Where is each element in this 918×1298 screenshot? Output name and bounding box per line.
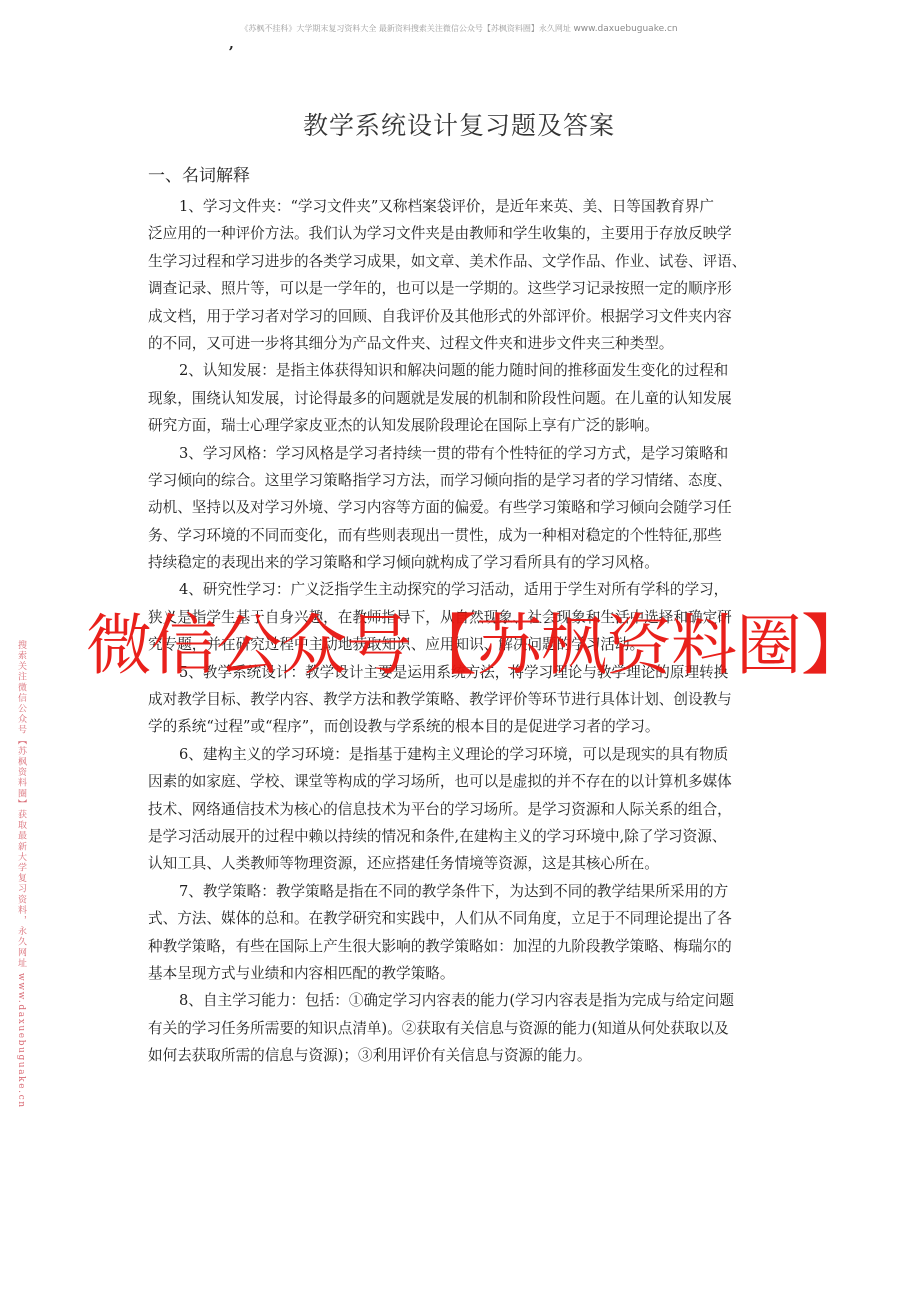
definition-paragraph: 1、学习文件夹：“学习文件夹”又称档案袋评价，是近年来英、美、日等国教育界广泛应… [148, 193, 778, 357]
paragraph-line: 生学习过程和学习进步的各类学习成果，如文章、美术作品、文学作品、作业、试卷、评语… [148, 248, 778, 275]
section-heading: 一、名词解释 [148, 161, 250, 186]
definition-paragraph: 5、教学系统设计：教学设计主要是运用系统方法，将学习理论与教学理论的原理转换成对… [148, 659, 778, 741]
document-title: 教学系统设计复习题及答案 [0, 106, 918, 142]
paragraph-line: 种教学策略，有些在国际上产生很大影响的教学策略如：加涅的九阶段教学策略、梅瑞尔的 [148, 933, 778, 960]
paragraph-line: 的不同，又可进一步将其细分为产品文件夹、过程文件夹和进步文件夹三种类型。 [148, 330, 778, 357]
definition-paragraph: 6、建构主义的学习环境：是指基于建构主义理论的学习环境，可以是现实的具有物质因素… [148, 741, 778, 878]
paragraph-first-line: 7、教学策略：教学策略是指在不同的教学条件下，为达到不同的教学结果所采用的方 [148, 878, 778, 905]
paragraph-first-line: 5、教学系统设计：教学设计主要是运用系统方法，将学习理论与教学理论的原理转换 [148, 659, 778, 686]
paragraph-line: 学习倾向的综合。这里学习策略指学习方法，而学习倾向指的是学习者的学习情绪、态度、 [148, 467, 778, 494]
paragraph-first-line: 4、研究性学习：广义泛指学生主动探究的学习活动，适用于学生对所有学科的学习， [148, 576, 778, 603]
paragraph-line: 究专题，并在研究过程中主动地获取知识、应用知识、解决问题的学习活动。 [148, 631, 778, 658]
paragraph-line: 学的系统“过程”或“程序”，而创设教与学系统的根本目的是促进学习者的学习。 [148, 713, 778, 740]
paragraph-line: 成对教学目标、教学内容、教学方法和教学策略、教学评价等环节进行具体计划、创设教与 [148, 686, 778, 713]
paragraph-line: 现象，围绕认知发展，讨论得最多的问题就是发展的机制和阶段性问题。在儿童的认知发展 [148, 385, 778, 412]
side-watermark: 搜索关注微信公众号【苏枫资料圈】获取最新大学复习资料，永久网址 www.daxu… [13, 640, 29, 1109]
paragraph-line: 有关的学习任务所需要的知识点清单)。②获取有关信息与资源的能力(知道从何处获取以… [148, 1015, 778, 1042]
definition-paragraph: 2、认知发展：是指主体获得知识和解决问题的能力随时间的推移面发生变化的过程和现象… [148, 357, 778, 439]
paragraph-line: 务、学习环境的不同而变化，而有些则表现出一贯性，成为一种相对稳定的个性特征,那些 [148, 522, 778, 549]
paragraph-first-line: 1、学习文件夹：“学习文件夹”又称档案袋评价，是近年来英、美、日等国教育界广 [148, 193, 778, 220]
paragraph-first-line: 3、学习风格：学习风格是学习者持续一贯的带有个性特征的学习方式，是学习策略和 [148, 440, 778, 467]
paragraph-line: 因素的如家庭、学校、课堂等构成的学习场所，也可以是虚拟的并不存在的以计算机多媒体 [148, 768, 778, 795]
definition-paragraph: 4、研究性学习：广义泛指学生主动探究的学习活动，适用于学生对所有学科的学习，狭义… [148, 576, 778, 658]
document-body: 1、学习文件夹：“学习文件夹”又称档案袋评价，是近年来英、美、日等国教育界广泛应… [148, 193, 778, 1070]
paragraph-line: 调查记录、照片等，可以是一学年的，也可以是一学期的。这些学习记录按照一定的顺序形 [148, 275, 778, 302]
paragraph-first-line: 8、自主学习能力：包括：①确定学习内容表的能力(学习内容表是指为完成与给定问题 [148, 987, 778, 1014]
paragraph-line: 成文档，用于学习者对学习的回顾、自我评价及其他形式的外部评价。根据学习文件夹内容 [148, 303, 778, 330]
paragraph-line: 泛应用的一种评价方法。我们认为学习文件夹是由教师和学生收集的，主要用于存放反映学 [148, 220, 778, 247]
paragraph-line: 认知工具、人类教师等物理资源，还应搭建任务情境等资源，这是其核心所在。 [148, 850, 778, 877]
definition-paragraph: 3、学习风格：学习风格是学习者持续一贯的带有个性特征的学习方式，是学习策略和学习… [148, 440, 778, 577]
stray-mark: , [229, 36, 234, 52]
banner-url: www.daxuebuguake.cn [573, 24, 677, 34]
banner-text: 《苏枫不挂科》大学期末复习资料大全 最新资料搜索关注微信公众号【苏枫资料圈】永久… [240, 24, 573, 33]
paragraph-line: 式、方法、媒体的总和。在教学研究和实践中，人们从不同角度，立足于不同理论提出了各 [148, 905, 778, 932]
paragraph-line: 技术、网络通信技术为核心的信息技术为平台的学习场所。是学习资源和人际关系的组合， [148, 796, 778, 823]
paragraph-first-line: 2、认知发展：是指主体获得知识和解决问题的能力随时间的推移面发生变化的过程和 [148, 357, 778, 384]
definition-paragraph: 8、自主学习能力：包括：①确定学习内容表的能力(学习内容表是指为完成与给定问题有… [148, 987, 778, 1069]
paragraph-line: 研究方面，瑞士心理学家皮亚杰的认知发展阶段理论在国际上享有广泛的影响。 [148, 412, 778, 439]
paragraph-line: 狭义是指学生基于自身兴趣，在教师指导下，从自然现象、社会现象和生活中选择和确定研 [148, 604, 778, 631]
document-page: 《苏枫不挂科》大学期末复习资料大全 最新资料搜索关注微信公众号【苏枫资料圈】永久… [0, 0, 918, 1298]
paragraph-line: 动机、坚持以及对学习外境、学习内容等方面的偏爱。有些学习策略和学习倾向会随学习任 [148, 494, 778, 521]
paragraph-line: 如何去获取所需的信息与资源)；③利用评价有关信息与资源的能力。 [148, 1042, 778, 1069]
paragraph-line: 是学习活动展开的过程中赖以持续的情况和条件,在建构主义的学习环境中,除了学习资源… [148, 823, 778, 850]
top-banner: 《苏枫不挂科》大学期末复习资料大全 最新资料搜索关注微信公众号【苏枫资料圈】永久… [0, 23, 918, 34]
paragraph-line: 持续稳定的表现出来的学习策略和学习倾向就构成了学习看所具有的学习风格。 [148, 549, 778, 576]
paragraph-first-line: 6、建构主义的学习环境：是指基于建构主义理论的学习环境，可以是现实的具有物质 [148, 741, 778, 768]
paragraph-line: 基本呈现方式与业绩和内容相匹配的教学策略。 [148, 960, 778, 987]
definition-paragraph: 7、教学策略：教学策略是指在不同的教学条件下，为达到不同的教学结果所采用的方式、… [148, 878, 778, 988]
